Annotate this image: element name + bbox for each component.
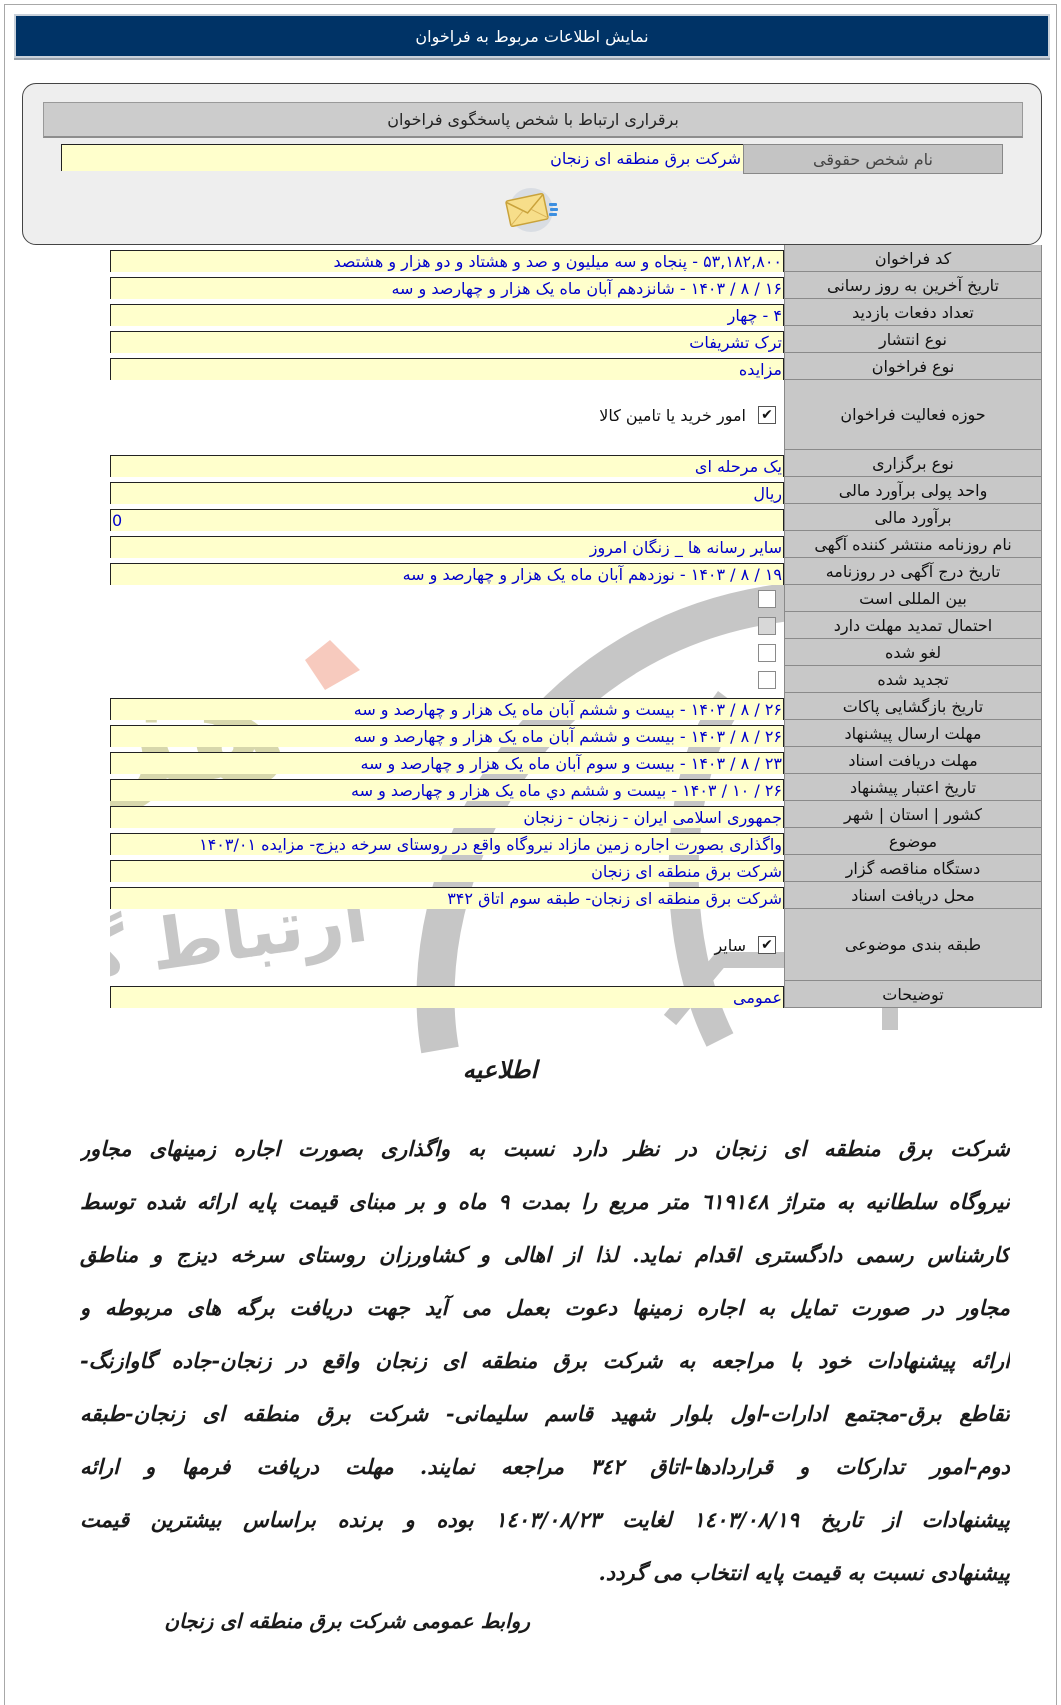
value-holding-type: یک مرحله ای [110, 455, 784, 477]
contact-value: شرکت برق منطقه ای زنجان [61, 144, 743, 171]
notice-signature: روابط عمومی شرکت برق منطقه ای زنجان [80, 1609, 530, 1633]
notice-line: تقاطع برق-مجتمع ادارات-اول بلوار شهید قا… [80, 1387, 1010, 1440]
value-description: عمومی [110, 986, 784, 1008]
value-last-update: ۱۶ / ۸ / ۱۴۰۳ - شانزدهم آبان ماه یک هزار… [110, 277, 784, 299]
row-newspaper: نام روزنامه منتشر کننده آگهی سایر رسانه … [110, 531, 1042, 558]
label-code: کد فراخوان [784, 245, 1042, 272]
activity-scope-option: امور خرید یا تامین کالا [599, 406, 746, 425]
row-international: بین المللی است [110, 585, 1042, 612]
row-visits: تعداد دفعات بازدید ۴ - چهار [110, 299, 1042, 326]
label-newspaper-date: تاریخ درج آگهی در روزنامه [784, 558, 1042, 585]
check-icon: ✔ [761, 407, 773, 423]
row-description: توضیحات عمومی [110, 981, 1042, 1008]
value-publish-type: ترک تشریفات [110, 331, 784, 353]
row-validity-date: تاریخ اعتبار پیشنهاد ۲۶ / ۱۰ / ۱۴۰۳ - بی… [110, 774, 1042, 801]
value-call-type: مزایده [110, 358, 784, 380]
notice-line: شرکت برق منطقه ای زنجان در نظر دارد نسبت… [80, 1122, 1010, 1175]
label-estimate: برآورد مالی [784, 504, 1042, 531]
value-submit-deadline: ۲۶ / ۸ / ۱۴۰۳ - بیست و ششم آبان ماه یک ه… [110, 725, 784, 747]
international-checkbox[interactable] [758, 590, 776, 608]
label-category: طبقه بندی موضوعی [784, 909, 1042, 981]
row-category: طبقه بندی موضوعی ✔ سایر [110, 909, 1042, 981]
notice-line: نیروگاه سلطانیه به متراژ ٦١٩١٤٨ متر مربع… [80, 1175, 1010, 1228]
label-renewed: تجدید شده [784, 666, 1042, 693]
value-organizer: شرکت برق منطقه ای زنجان [110, 860, 784, 882]
label-last-update: تاریخ آخرین به روز رسانی [784, 272, 1042, 299]
contact-header: برقراری ارتباط با شخص پاسخگوی فراخوان [43, 102, 1023, 138]
label-location: کشور | استان | شهر [784, 801, 1042, 828]
row-holding-type: نوع برگزاری یک مرحله ای [110, 450, 1042, 477]
row-renewed: تجدید شده [110, 666, 1042, 693]
notice-line: پیشنهادی نسبت به قیمت پایه انتخاب می گرد… [80, 1546, 1010, 1599]
notice-line: پیشنهادات از تاریخ ١٤٠٣/٠٨/١٩ لغایت ١٤٠٣… [80, 1493, 1010, 1546]
value-docs-deadline: ۲۳ / ۸ / ۱۴۰۳ - بیست و سوم آبان ماه یک ه… [110, 752, 784, 774]
label-newspaper: نام روزنامه منتشر کننده آگهی [784, 531, 1042, 558]
row-organizer: دستگاه مناقصه گزار شرکت برق منطقه ای زنج… [110, 855, 1042, 882]
value-estimate: 0 [110, 509, 784, 531]
label-cancelled: لغو شده [784, 639, 1042, 666]
details-table: کد فراخوان ۵۳,۱۸۲,۸۰۰ - پنجاه و سه میلیو… [110, 245, 1042, 1008]
row-currency: واحد پولی برآورد مالی ریال [110, 477, 1042, 504]
activity-scope-checkbox[interactable]: ✔ [758, 406, 776, 424]
row-newspaper-date: تاریخ درج آگهی در روزنامه ۱۹ / ۸ / ۱۴۰۳ … [110, 558, 1042, 585]
value-currency: ریال [110, 482, 784, 504]
row-publish-type: نوع انتشار ترک تشریفات [110, 326, 1042, 353]
label-international: بین المللی است [784, 585, 1042, 612]
value-newspaper: سایر رسانه ها _ زنگان امروز [110, 536, 784, 558]
row-last-update: تاریخ آخرین به روز رسانی ۱۶ / ۸ / ۱۴۰۳ -… [110, 272, 1042, 299]
label-validity-date: تاریخ اعتبار پیشنهاد [784, 774, 1042, 801]
notice-title: اطلاعیه [80, 1055, 920, 1084]
label-call-type: نوع فراخوان [784, 353, 1042, 380]
category-checkbox[interactable]: ✔ [758, 936, 776, 954]
label-subject: موضوع [784, 828, 1042, 855]
row-opening-date: تاریخ بازگشایی پاکات ۲۶ / ۸ / ۱۴۰۳ - بیس… [110, 693, 1042, 720]
envelope-icon [499, 186, 563, 234]
row-estimate: برآورد مالی 0 [110, 504, 1042, 531]
notice-line: کارشناس رسمی دادگستری اقدام نماید. لذا ا… [80, 1228, 1010, 1281]
row-submit-deadline: مهلت ارسال پیشنهاد ۲۶ / ۸ / ۱۴۰۳ - بیست … [110, 720, 1042, 747]
value-newspaper-date: ۱۹ / ۸ / ۱۴۰۳ - نوزدهم آبان ماه یک هزار … [110, 563, 784, 585]
row-activity-scope: حوزه فعالیت فراخوان ✔ امور خرید یا تامین… [110, 380, 1042, 450]
row-docs-place: محل دریافت اسناد شرکت برق منطقه ای زنجان… [110, 882, 1042, 909]
send-email-button[interactable] [499, 186, 563, 234]
value-subject: واگذاری بصورت اجاره زمین مازاد نیروگاه و… [110, 833, 784, 855]
value-opening-date: ۲۶ / ۸ / ۱۴۰۳ - بیست و ششم آبان ماه یک ه… [110, 698, 784, 720]
label-docs-place: محل دریافت اسناد [784, 882, 1042, 909]
notice-line: دوم-امور تدارکات و قراردادها-اتاق ٣٤٢ مر… [80, 1440, 1010, 1493]
contact-row: نام شخص حقوقی شرکت برق منطقه ای زنجان [61, 144, 1003, 173]
label-visits: تعداد دفعات بازدید [784, 299, 1042, 326]
value-validity-date: ۲۶ / ۱۰ / ۱۴۰۳ - بیست و ششم دي ماه یک هز… [110, 779, 784, 801]
category-option: سایر [714, 936, 746, 955]
row-code: کد فراخوان ۵۳,۱۸۲,۸۰۰ - پنجاه و سه میلیو… [110, 245, 1042, 272]
row-location: کشور | استان | شهر جمهوری اسلامی ایران -… [110, 801, 1042, 828]
label-organizer: دستگاه مناقصه گزار [784, 855, 1042, 882]
value-docs-place: شرکت برق منطقه ای زنجان- طبقه سوم اتاق ۳… [110, 887, 784, 909]
value-location: جمهوری اسلامی ایران - زنجان - زنجان [110, 806, 784, 828]
label-holding-type: نوع برگزاری [784, 450, 1042, 477]
label-opening-date: تاریخ بازگشایی پاکات [784, 693, 1042, 720]
notice-image-text: اطلاعیه شرکت برق منطقه ای زنجان در نظر د… [80, 1055, 1010, 1633]
label-activity-scope: حوزه فعالیت فراخوان [784, 380, 1042, 450]
value-visits: ۴ - چهار [110, 304, 784, 326]
check-icon: ✔ [761, 937, 773, 953]
extension-possible-checkbox[interactable] [758, 617, 776, 635]
label-submit-deadline: مهلت ارسال پیشنهاد [784, 720, 1042, 747]
renewed-checkbox[interactable] [758, 671, 776, 689]
contact-label: نام شخص حقوقی [743, 144, 1003, 174]
contact-header-text: برقراری ارتباط با شخص پاسخگوی فراخوان [387, 110, 679, 129]
row-subject: موضوع واگذاری بصورت اجاره زمین مازاد نیر… [110, 828, 1042, 855]
row-call-type: نوع فراخوان مزایده [110, 353, 1042, 380]
label-publish-type: نوع انتشار [784, 326, 1042, 353]
row-docs-deadline: مهلت دریافت اسناد ۲۳ / ۸ / ۱۴۰۳ - بیست و… [110, 747, 1042, 774]
cancelled-checkbox[interactable] [758, 644, 776, 662]
contact-panel: برقراری ارتباط با شخص پاسخگوی فراخوان نا… [22, 83, 1042, 245]
value-code: ۵۳,۱۸۲,۸۰۰ - پنجاه و سه میلیون و صد و هش… [110, 250, 784, 272]
notice-line: ارائه پیشنهادات خود با مراجعه به شرکت بر… [80, 1334, 1010, 1387]
label-currency: واحد پولی برآورد مالی [784, 477, 1042, 504]
notice-line: مجاور در صورت تمایل به اجاره زمینها دعوت… [80, 1281, 1010, 1334]
row-extension-possible: احتمال تمدید مهلت دارد [110, 612, 1042, 639]
row-cancelled: لغو شده [110, 639, 1042, 666]
page-title-bar: نمایش اطلاعات مربوط به فراخوان [14, 14, 1050, 58]
label-docs-deadline: مهلت دریافت اسناد [784, 747, 1042, 774]
label-description: توضیحات [784, 981, 1042, 1008]
label-extension-possible: احتمال تمدید مهلت دارد [784, 612, 1042, 639]
page-title: نمایش اطلاعات مربوط به فراخوان [415, 27, 648, 46]
